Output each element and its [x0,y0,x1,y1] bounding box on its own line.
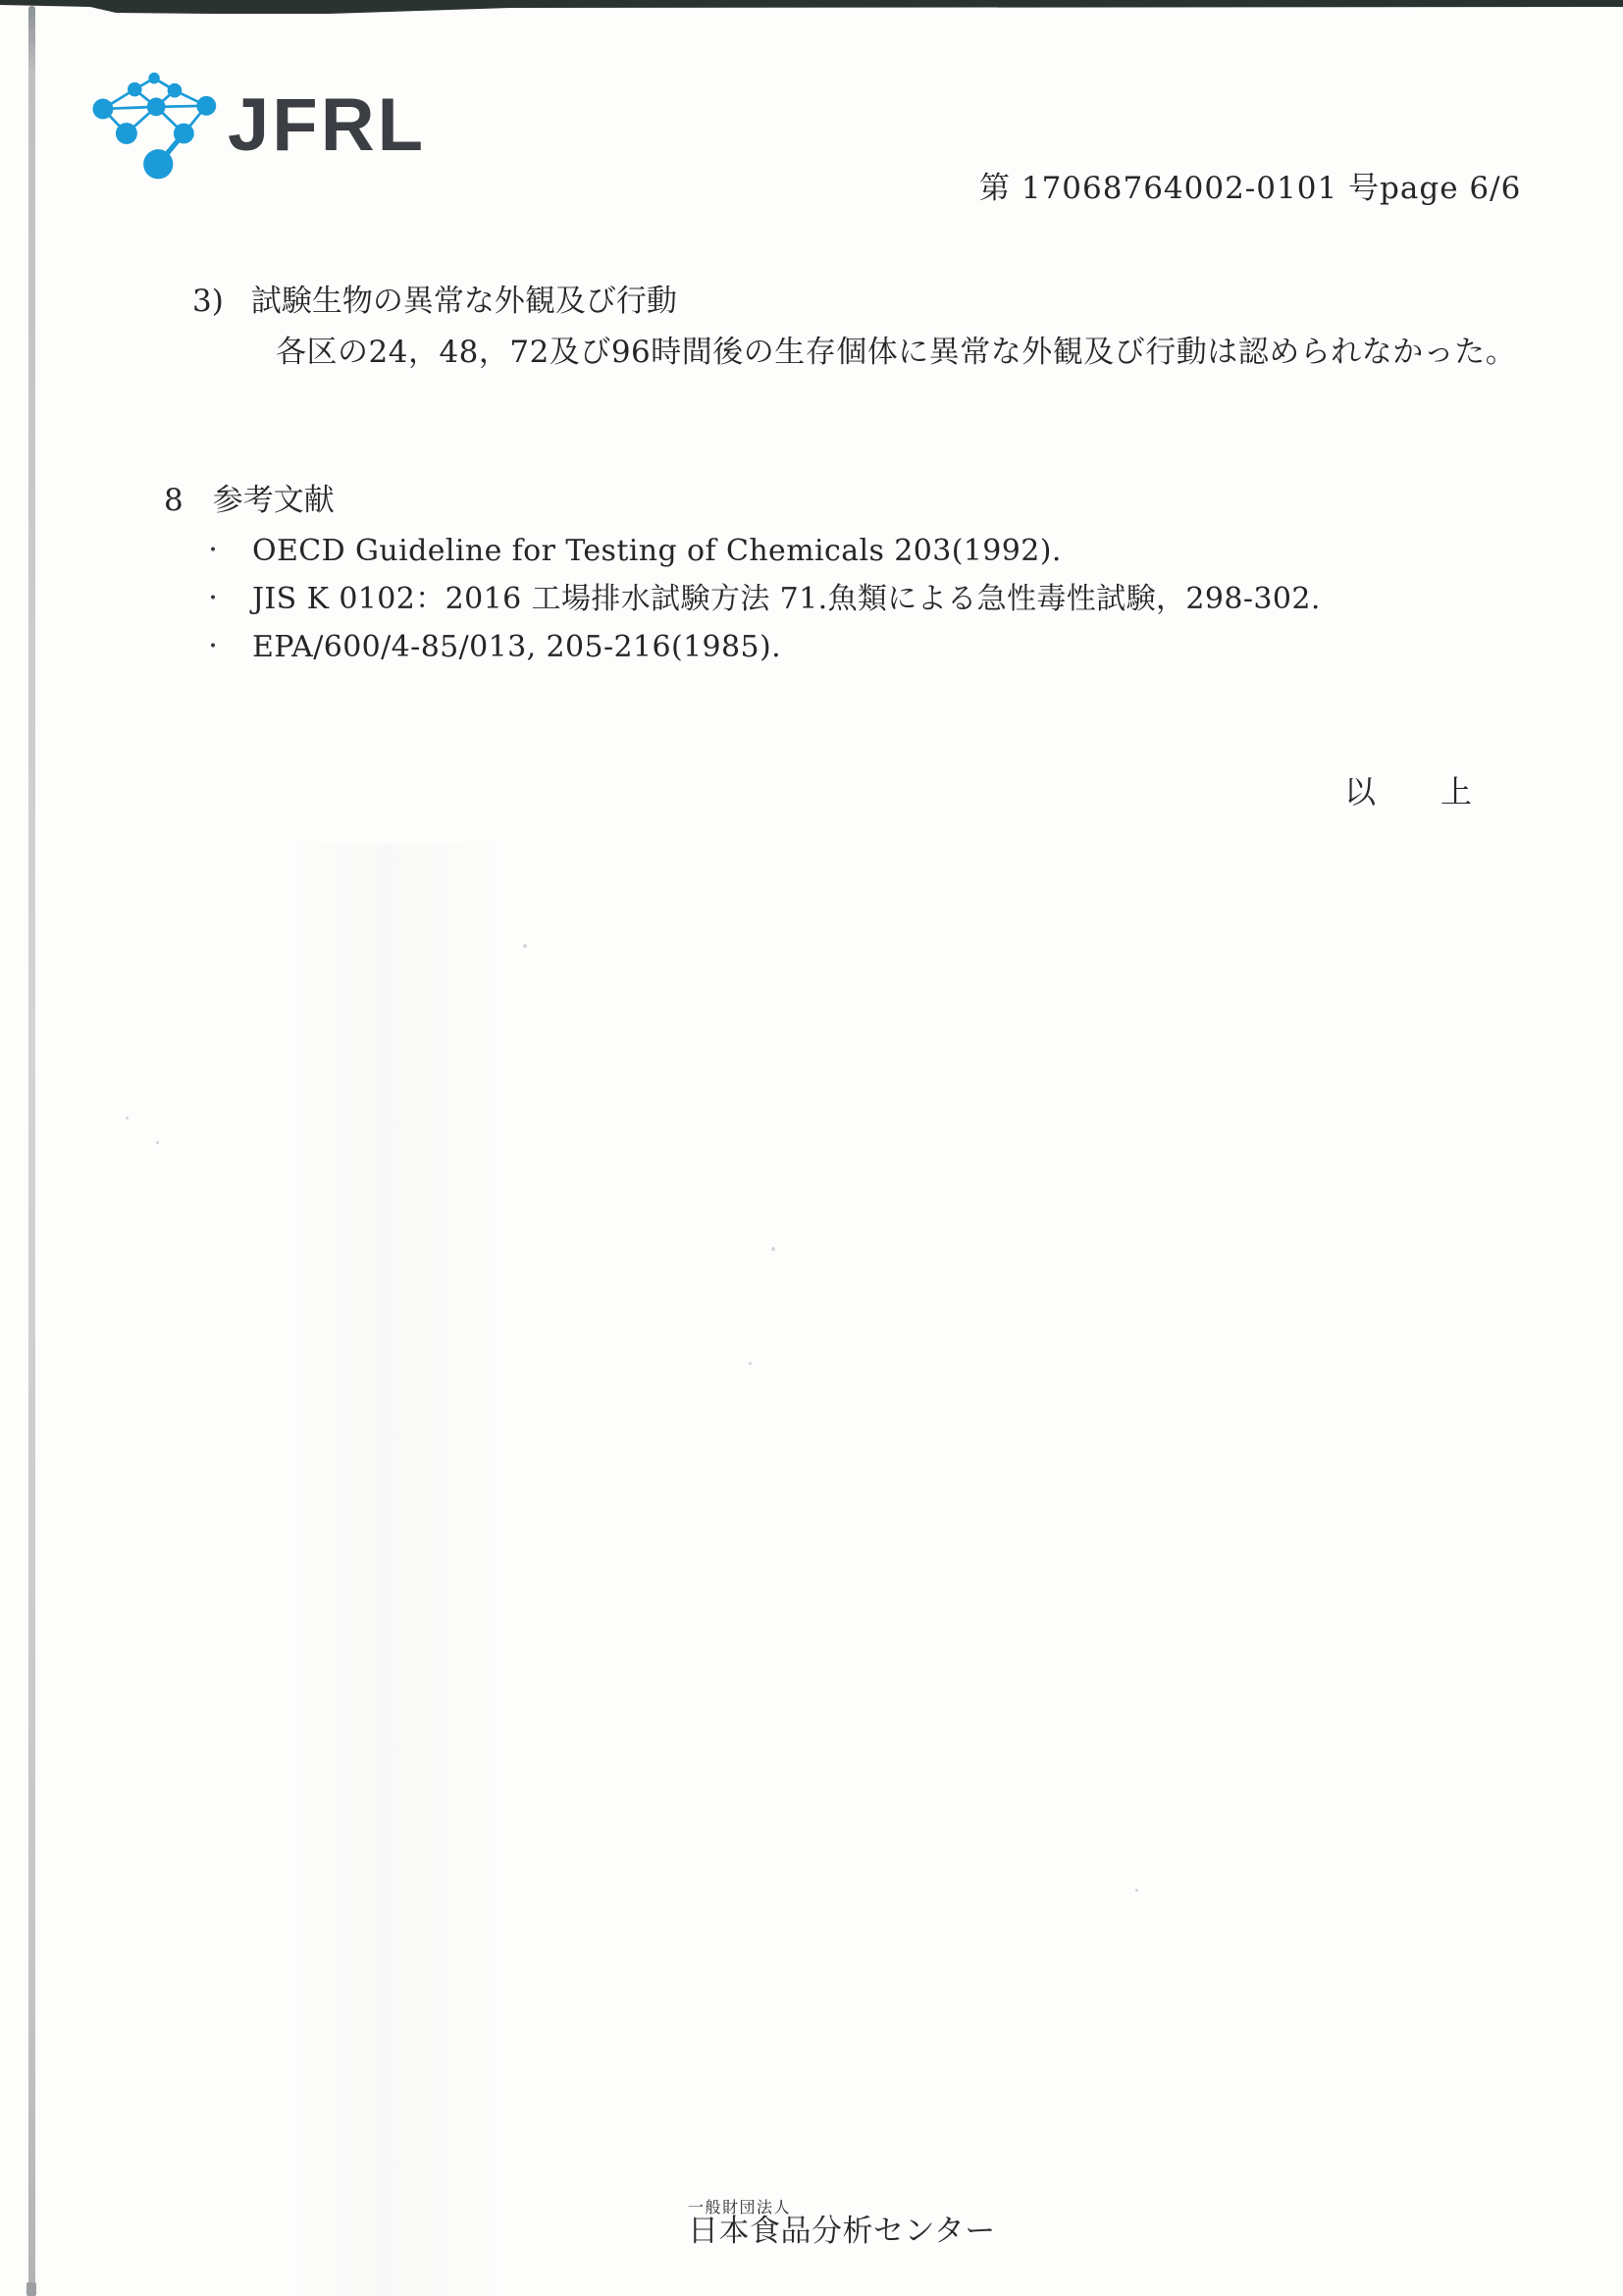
bullet-icon: ・ [202,536,252,567]
scan-speck [523,944,527,948]
section8-heading: 8参考文献 [164,475,335,519]
reference-item: ・ EPA/600/4-85/013, 205-216(1985). [202,632,1321,663]
document-number: 第 17068764002-0101 号 [979,163,1380,207]
scan-streak [287,844,507,2296]
closing-left: 以 [1344,767,1376,812]
closing-right: 上 [1440,767,1472,812]
closing-mark: 以 上 [1344,767,1472,812]
scanned-report-page: JFRL 第 17068764002-0101 号 page 6/6 3)試験生… [0,0,1623,2296]
reference-text: JIS K 0102：2016 工場排水試験方法 71.魚類による急性毒性試験，… [252,584,1321,615]
reference-list: ・ OECD Guideline for Testing of Chemical… [202,536,1321,680]
bullet-icon: ・ [202,584,252,615]
scan-binding-nub [26,2282,36,2296]
reference-text: EPA/600/4-85/013, 205-216(1985). [252,632,781,663]
section8-title: 参考文献 [213,483,335,518]
footer-organization-logo: 一般財団法人 日本食品分析センター [688,2199,996,2248]
scan-speck [1135,1889,1138,1892]
section8-number: 8 [164,483,183,518]
jfrl-logo-text: JFRL [228,88,426,163]
section3-heading: 3)試験生物の異常な外観及び行動 [192,276,677,320]
scan-top-edge [0,0,1623,26]
jfrl-network-icon [75,63,230,181]
scan-speck [126,1117,129,1120]
scan-binding-line [28,6,35,2296]
document-reference: 第 17068764002-0101 号 page 6/6 [979,163,1482,207]
page-indicator: page 6/6 [1380,171,1521,206]
reference-text: OECD Guideline for Testing of Chemicals … [252,536,1062,567]
section3-title: 試験生物の異常な外観及び行動 [251,284,677,319]
scan-speck [749,1362,752,1365]
section3-body: 各区の24，48，72及び96時間後の生存個体に異常な外観及び行動は認められなか… [276,327,1516,371]
footer-org-name: 日本食品分析センター [688,2216,996,2248]
reference-item: ・ JIS K 0102：2016 工場排水試験方法 71.魚類による急性毒性試… [202,584,1321,615]
section3-number: 3) [192,284,224,319]
scan-speck [771,1247,775,1251]
bullet-icon: ・ [202,632,252,663]
reference-item: ・ OECD Guideline for Testing of Chemical… [202,536,1321,567]
scan-speck [156,1141,159,1144]
